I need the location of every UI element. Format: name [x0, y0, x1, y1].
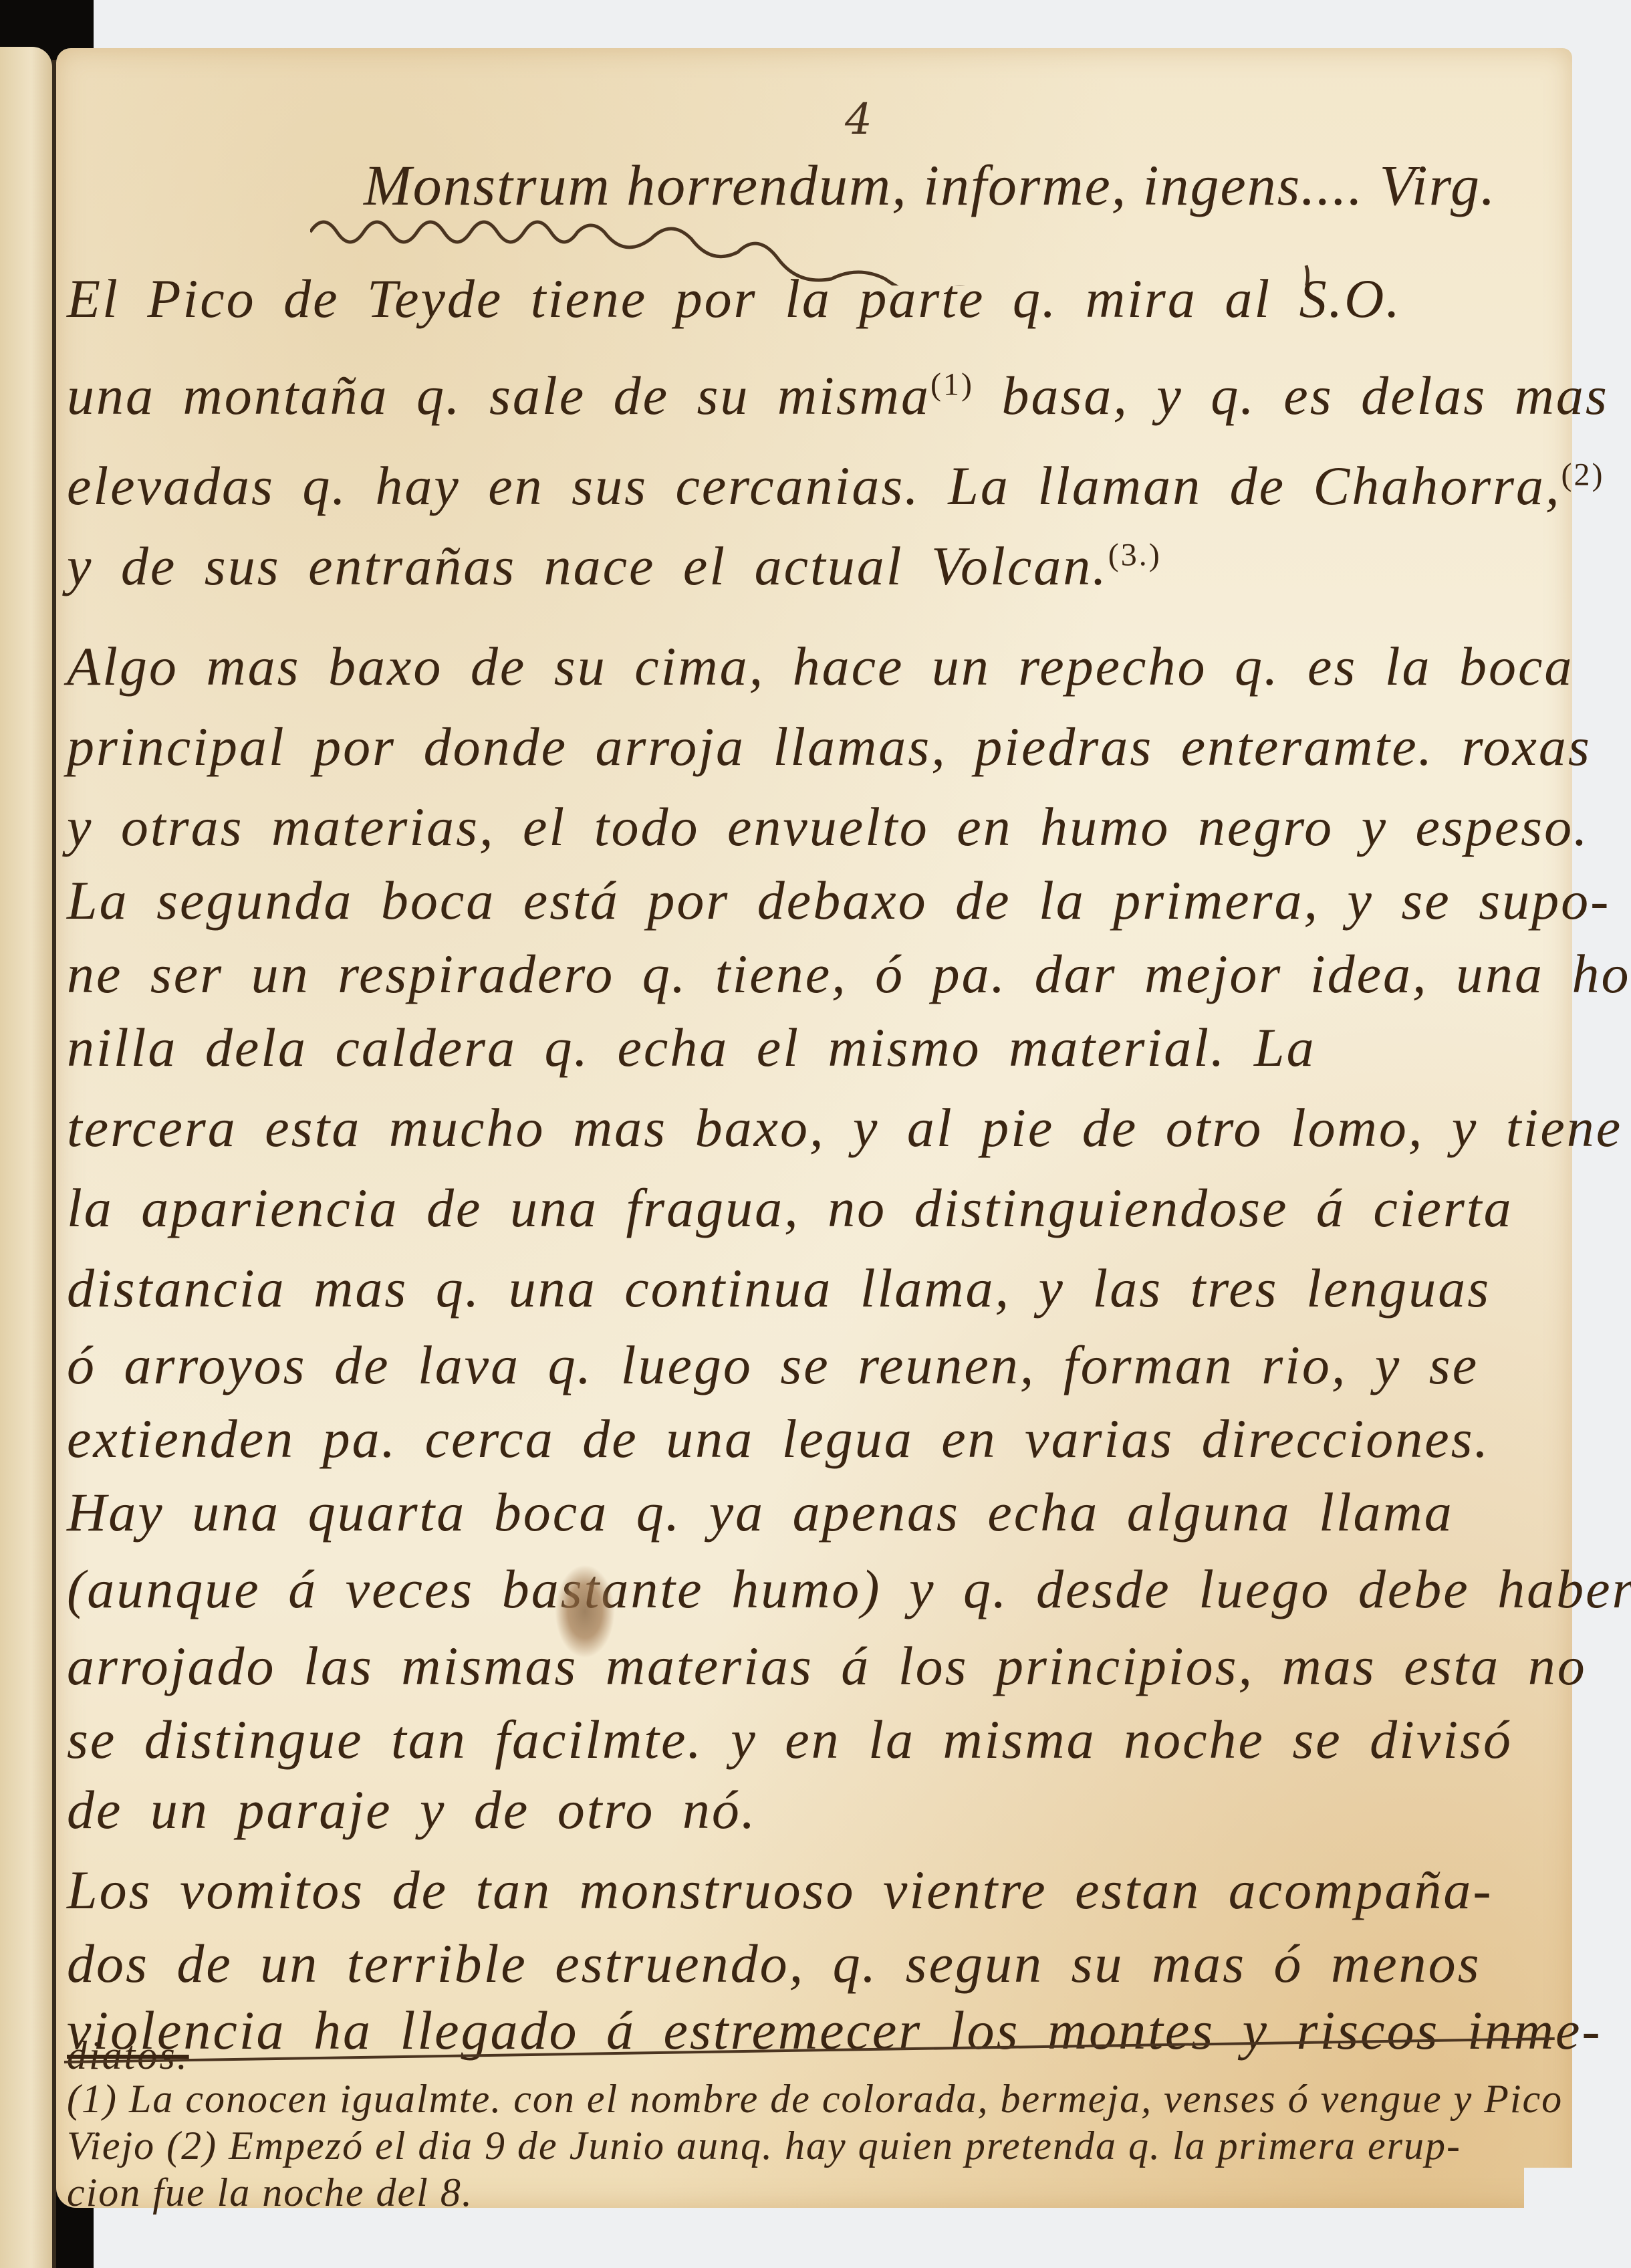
- page-number: 4: [845, 95, 872, 144]
- body-line: la apariencia de una fragua, no distingu…: [67, 1177, 1564, 1240]
- footnote-marker: (1): [930, 367, 974, 403]
- body-line: ne ser un respiradero q. tiene, ó pa. da…: [67, 943, 1564, 1006]
- body-line: arrojado las mismas materias á los princ…: [67, 1635, 1564, 1698]
- footnote-1: (1) La conocen igualmte. con el nombre d…: [67, 2076, 1564, 2122]
- body-line: tercera esta mucho mas baxo, y al pie de…: [67, 1097, 1564, 1159]
- struck-word: diatos.: [67, 2033, 1564, 2079]
- facing-page-edge: [0, 47, 52, 2268]
- body-line: se distingue tan facilmte. y en la misma…: [67, 1708, 1564, 1771]
- footnote-marker: (3.): [1108, 538, 1162, 573]
- footnote-3: cion fue la noche del 8.: [67, 2170, 1564, 2216]
- body-line: y de sus entrañas nace el actual Volcan.…: [67, 535, 1564, 598]
- body-line: y otras materias, el todo envuelto en hu…: [67, 796, 1564, 859]
- body-line: elevadas q. hay en sus cercanias. La lla…: [67, 455, 1564, 518]
- ink-blot: [555, 1565, 615, 1658]
- body-line: El Pico de Teyde tiene por la parte q. m…: [67, 267, 1564, 330]
- body-line: ó arroyos de lava q. luego se reunen, fo…: [67, 1334, 1564, 1397]
- footnote-marker: (2): [1561, 457, 1605, 493]
- body-line: una montaña q. sale de su misma(1) basa,…: [67, 364, 1564, 427]
- body-line: principal por donde arroja llamas, piedr…: [67, 715, 1564, 778]
- body-line: Los vomitos de tan monstruoso vientre es…: [67, 1859, 1564, 1922]
- body-line: La segunda boca está por debaxo de la pr…: [67, 869, 1564, 932]
- footnote-2: Viejo (2) Empezó el dia 9 de Junio aunq.…: [67, 2123, 1564, 2169]
- body-line: Algo mas baxo de su cima, hace un repech…: [67, 635, 1564, 698]
- torn-corner: [1524, 2168, 1604, 2268]
- body-line: extienden pa. cerca de una legua en vari…: [67, 1407, 1564, 1470]
- body-line: (aunque á veces bastante humo) y q. desd…: [67, 1558, 1564, 1621]
- body-line: nilla dela caldera q. echa el mismo mate…: [67, 1016, 1564, 1079]
- body-line: de un paraje y de otro nó.: [67, 1779, 1564, 1841]
- body-line: dos de un terrible estruendo, q. segun s…: [67, 1932, 1564, 1995]
- body-line: Hay una quarta boca q. ya apenas echa al…: [67, 1481, 1564, 1544]
- body-line: distancia mas q. una continua llama, y l…: [67, 1257, 1564, 1320]
